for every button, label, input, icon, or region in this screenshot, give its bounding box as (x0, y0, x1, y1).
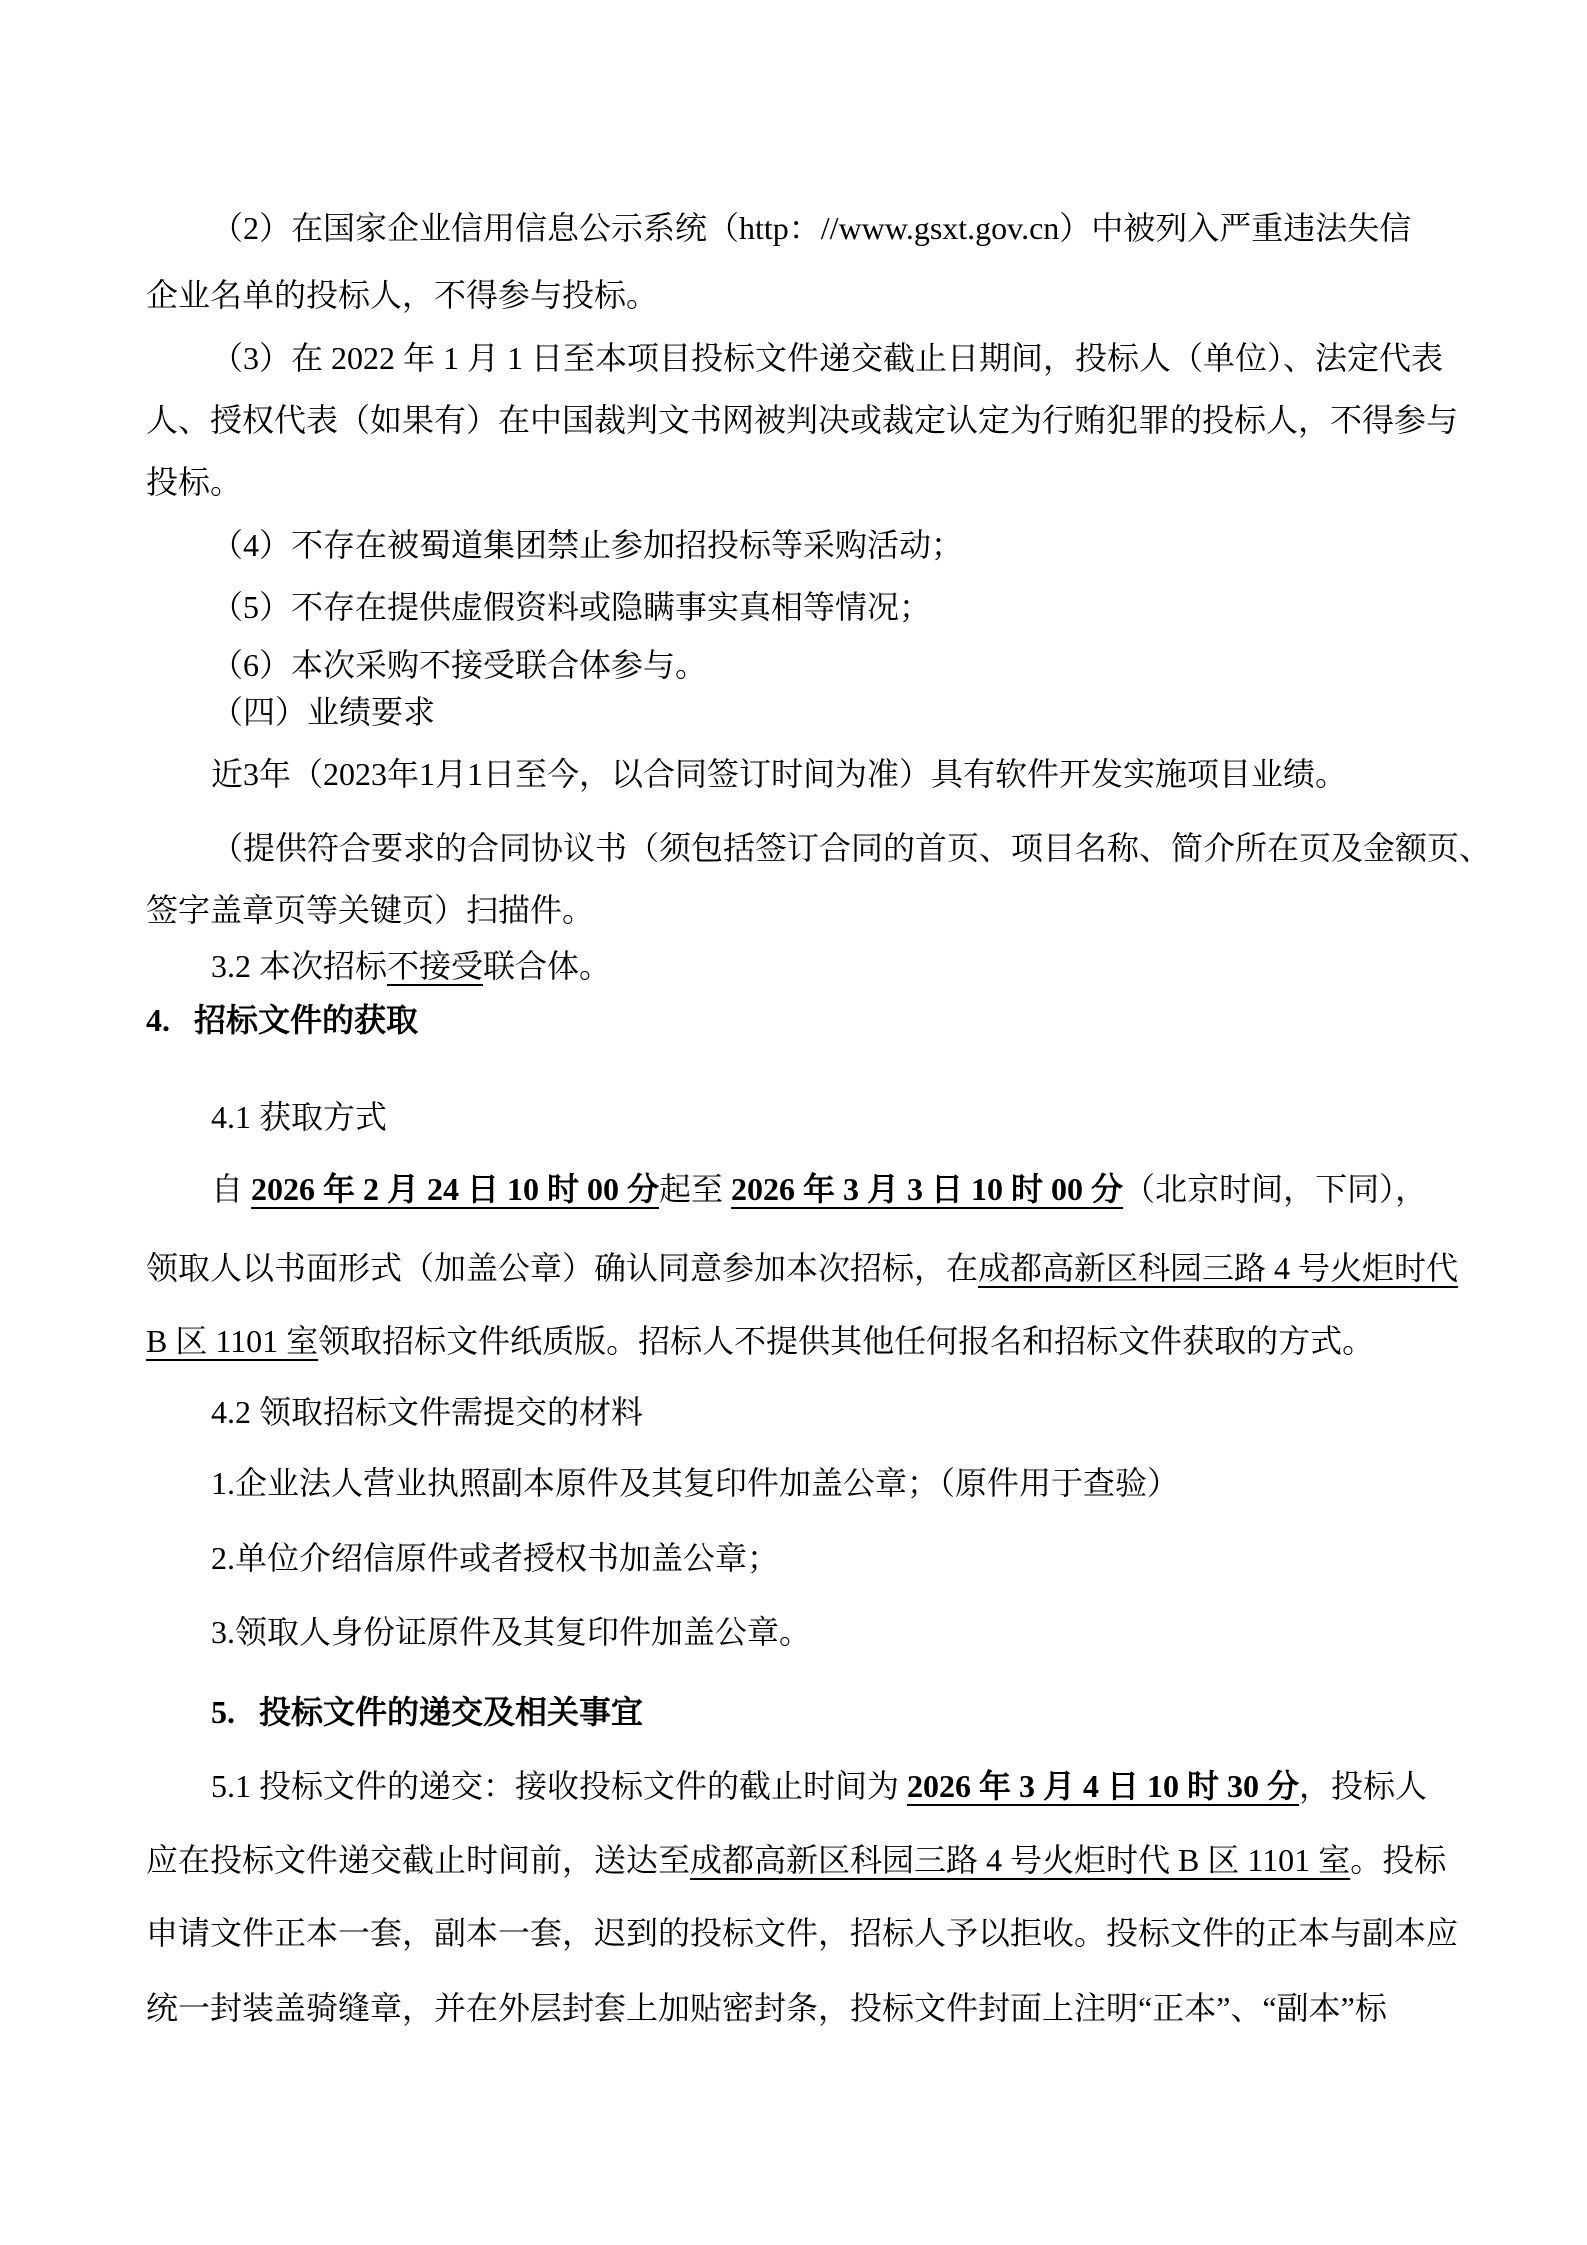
section-number: 4. (146, 1002, 170, 1038)
text-line: 企业名单的投标人，不得参与投标。 (146, 274, 1487, 316)
list-item: 2.单位介绍信原件或者授权书加盖公章； (146, 1537, 1487, 1579)
text-run: 联合体。 (483, 948, 611, 984)
text-run: 申请文件正本一套，副本一套，迟到的投标文件，招标人予以拒收。投标文件的正本与副本… (146, 1915, 1458, 1951)
text-line: 投标。 (146, 461, 1487, 503)
text-run: （2）在国家企业信用信息公示系统（http：//www.gsxt.gov.cn）… (211, 210, 1411, 246)
text-line: （3）在 2022 年 1 月 1 日至本项目投标文件递交截止日期间，投标人（单… (146, 337, 1487, 379)
text-run: 。投标 (1350, 1842, 1446, 1878)
text-line: （四）业绩要求 (146, 691, 1487, 733)
text-run: （北京时间，下同）， (1123, 1171, 1427, 1207)
text-line: （6）本次采购不接受联合体参与。 (146, 644, 1487, 686)
text-run: （3）在 2022 年 1 月 1 日至本项目投标文件递交截止日期间，投标人（单… (211, 340, 1443, 376)
text-run: 企业名单的投标人，不得参与投标。 (146, 277, 658, 313)
text-run: 2.单位介绍信原件或者授权书加盖公章； (211, 1540, 779, 1576)
text-line: 签字盖章页等关键页）扫描件。 (146, 889, 1487, 931)
text-run: 起至 (659, 1171, 731, 1207)
text-line: 近3年（2023年1月1日至今，以合同签订时间为准）具有软件开发实施项目业绩。 (146, 753, 1487, 795)
text-line: B 区 1101 室领取招标文件纸质版。招标人不提供其他任何报名和招标文件获取的… (146, 1320, 1487, 1362)
text-run: 5.1 投标文件的递交：接收投标文件的截止时间为 (211, 1768, 907, 1804)
text-line: （5）不存在提供虚假资料或隐瞒事实真相等情况； (146, 586, 1487, 628)
text-run: 4.2 领取招标文件需提交的材料 (211, 1394, 643, 1430)
section-title: 招标文件的获取 (194, 1002, 418, 1038)
text-line: 5.1 投标文件的递交：接收投标文件的截止时间为 2026 年 3 月 4 日 … (146, 1765, 1487, 1807)
deadline-end-datetime: 2026 年 3 月 3 日 10 时 00 分 (731, 1171, 1123, 1207)
text-line: 人、授权代表（如果有）在中国裁判文书网被判决或裁定认定为行贿犯罪的投标人，不得参… (146, 399, 1487, 441)
text-run: 签字盖章页等关键页）扫描件。 (146, 892, 594, 928)
subsection-heading-4-1: 4.1 获取方式 (146, 1096, 1487, 1138)
text-line: 应在投标文件递交截止时间前，送达至成都高新区科园三路 4 号火炬时代 B 区 1… (146, 1839, 1487, 1881)
submission-deadline-datetime: 2026 年 3 月 4 日 10 时 30 分 (907, 1768, 1299, 1804)
address-text: B 区 1101 室 (146, 1323, 318, 1359)
subsection-heading-4-2: 4.2 领取招标文件需提交的材料 (146, 1391, 1487, 1433)
text-run: 领取人以书面形式（加盖公章）确认同意参加本次招标，在 (146, 1250, 978, 1286)
text-run: （提供符合要求的合同协议书（须包括签订合同的首页、项目名称、简介所在页及金额页、 (211, 830, 1491, 866)
address-text: 成都高新区科园三路 4 号火炬时代 B 区 1101 室 (690, 1842, 1350, 1878)
text-run: 领取招标文件纸质版。招标人不提供其他任何报名和招标文件获取的方式。 (318, 1323, 1374, 1359)
text-run: 投标。 (146, 464, 242, 500)
document-page: （2）在国家企业信用信息公示系统（http：//www.gsxt.gov.cn）… (0, 0, 1587, 2245)
text-run: 近3年（2023年1月1日至今，以合同签订时间为准）具有软件开发实施项目业绩。 (211, 756, 1347, 792)
text-line: （4）不存在被蜀道集团禁止参加招投标等采购活动； (146, 524, 1487, 566)
text-line: 申请文件正本一套，副本一套，迟到的投标文件，招标人予以拒收。投标文件的正本与副本… (146, 1912, 1487, 1954)
list-item: 3.领取人身份证原件及其复印件加盖公章。 (146, 1611, 1487, 1653)
text-line: 统一封装盖骑缝章，并在外层封套上加贴密封条，投标文件封面上注明“正本”、“副本”… (146, 1987, 1487, 2029)
text-run: 1.企业法人营业执照副本原件及其复印件加盖公章；（原件用于查验） (211, 1465, 1179, 1501)
text-run: 3.2 本次招标 (211, 948, 387, 984)
section-number: 5. (211, 1694, 235, 1730)
text-run: （4）不存在被蜀道集团禁止参加招投标等采购活动； (211, 527, 963, 563)
section-heading-4: 4.招标文件的获取 (146, 999, 1487, 1041)
deadline-start-datetime: 2026 年 2 月 24 日 10 时 00 分 (251, 1171, 659, 1207)
text-run: （6）本次采购不接受联合体参与。 (211, 647, 707, 683)
text-run: 应在投标文件递交截止时间前，送达至 (146, 1842, 690, 1878)
text-line: 领取人以书面形式（加盖公章）确认同意参加本次招标，在成都高新区科园三路 4 号火… (146, 1247, 1487, 1289)
text-line: （2）在国家企业信用信息公示系统（http：//www.gsxt.gov.cn）… (146, 207, 1487, 249)
text-line: 3.2 本次招标不接受联合体。 (146, 945, 1487, 987)
section-heading-5: 5.投标文件的递交及相关事宜 (146, 1691, 1487, 1733)
list-item: 1.企业法人营业执照副本原件及其复印件加盖公章；（原件用于查验） (146, 1462, 1487, 1504)
text-run: 统一封装盖骑缝章，并在外层封套上加贴密封条，投标文件封面上注明“正本”、“副本”… (146, 1990, 1387, 2026)
address-text: 成都高新区科园三路 4 号火炬时代 (978, 1250, 1458, 1286)
underlined-text: 不接受 (387, 948, 483, 984)
text-run: 自 (211, 1171, 251, 1207)
text-run: 4.1 获取方式 (211, 1099, 387, 1135)
text-run: ，投标人 (1299, 1768, 1427, 1804)
text-run: （四）业绩要求 (211, 694, 435, 730)
section-title: 投标文件的递交及相关事宜 (259, 1694, 643, 1730)
text-line: （提供符合要求的合同协议书（须包括签订合同的首页、项目名称、简介所在页及金额页、 (146, 827, 1487, 869)
text-run: 3.领取人身份证原件及其复印件加盖公章。 (211, 1614, 811, 1650)
text-line: 自 2026 年 2 月 24 日 10 时 00 分起至 2026 年 3 月… (146, 1168, 1487, 1210)
text-run: （5）不存在提供虚假资料或隐瞒事实真相等情况； (211, 589, 931, 625)
text-run: 人、授权代表（如果有）在中国裁判文书网被判决或裁定认定为行贿犯罪的投标人，不得参… (146, 402, 1458, 438)
